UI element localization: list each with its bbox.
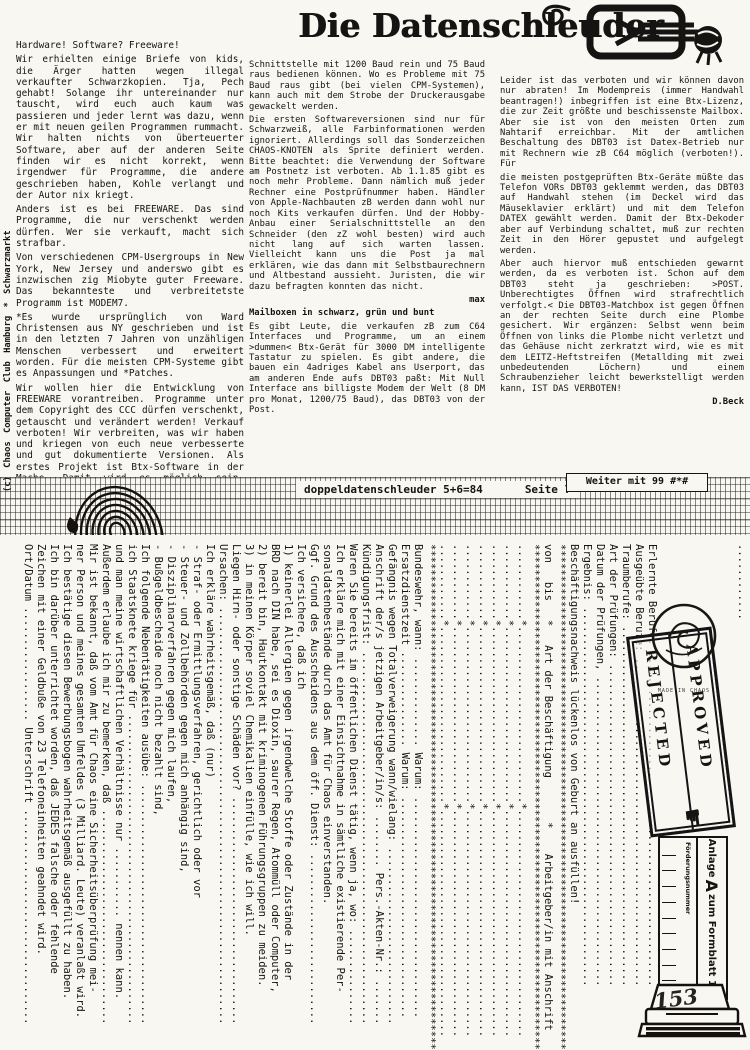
paragraph: Leider ist das verboten und wir können d… (500, 76, 744, 170)
page-label: Seite 7 (525, 483, 571, 496)
form-line: Ich bin darüber unterrichtet worden, daß… (47, 536, 60, 1050)
paragraph: Wir wollen hier die Entwicklung von FREE… (16, 383, 244, 477)
form-line: Liegen Hirn- oder sonstige Schäden vor? … (229, 536, 242, 1050)
table-row: ............*...........................… (502, 536, 515, 1050)
form-line: ner Person und meines gesamten Umfeldes … (73, 536, 86, 1050)
table-border: ****************************************… (554, 536, 567, 1050)
form-line: Ort/Datum .................. Unterschrif… (21, 536, 34, 1050)
chaos-knot-logo-icon (528, 0, 750, 66)
article-column-2: Schnittstelle mit 1200 Baud rein und 75 … (249, 60, 485, 477)
foerderungsnummer-field: Förderungsnummer (658, 836, 698, 1000)
column1-heading: Hardware! Software? Freeware! (16, 40, 244, 51)
paragraph: die meisten postgeprüften Btx-Geräte müß… (500, 173, 744, 256)
fingerprint-icon (56, 477, 166, 535)
form-label-line: Art der Prüfungen: .....................… (606, 536, 619, 1050)
form-line: Ich erkläre mich mit einer Einsichtnahme… (333, 536, 346, 1050)
rotated-form-section: ............ APPROVED REJECTED ☛ Anlage … (0, 536, 750, 1050)
form-line: - Straf- oder Ermittlungsverfahren, geri… (190, 536, 203, 1050)
pointing-hand-icon: ☛ (676, 808, 708, 830)
anlage-text: Anlage (706, 839, 719, 878)
form-line: Zeichen mit einer Geldbuße von 23 Telefo… (34, 536, 47, 1050)
form-label-line: Ausgeübte Berufe: ......................… (632, 536, 645, 1050)
form-line: 2) bereit bin, Hautkontakt mit kriminoge… (255, 536, 268, 1050)
form-label-line: Ergebnis: ..............................… (580, 536, 593, 1050)
paragraph: Wir erhielten einige Briefe von kids, di… (16, 54, 244, 201)
form-line: Kündigungsfrist: .......................… (359, 536, 372, 1050)
table-border: ****************************************… (528, 536, 541, 1050)
anlage-letter: A (706, 880, 719, 892)
table-row: ............*...........................… (463, 536, 476, 1050)
paragraph: Anders ist es bei FREEWARE. Das sind Pro… (16, 204, 244, 249)
foerderungsnummer-label: Förderungsnummer (681, 838, 696, 998)
form-line: Waren Sie bereits im öffentlichen Dienst… (346, 536, 359, 1050)
form-subpage: ............ APPROVED REJECTED ☛ Anlage … (0, 536, 750, 1050)
form-line: Gefängnis wegen Totalverweigerung wann/w… (385, 536, 398, 1050)
form-line: sonaldatenbestände durch das Amt für Cha… (320, 536, 333, 1050)
comb-field (662, 840, 676, 996)
paragraph: Die ersten Softwareversionen sind nur fü… (249, 115, 485, 292)
form-line: und man meine wirtschaftlichen Verhältni… (112, 536, 125, 1050)
table-row: ............*...........................… (437, 536, 450, 1050)
paragraph: Schnittstelle mit 1200 Baud rein und 75 … (249, 60, 485, 112)
paragraph: Von verschiedenen CPM-Usergroups in New … (16, 252, 244, 308)
form-line: ich Staatsknete kriege für .............… (125, 536, 138, 1050)
issue-title: doppeldatenschleuder 5+6=84 (304, 483, 483, 496)
form-line: Ich versichere, daß ich (294, 536, 307, 1050)
table-row: ............*...........................… (476, 536, 489, 1050)
article-column-1: Hardware! Software? Freeware! Wir erhiel… (16, 40, 244, 477)
paragraph: Aber auch hiervor muß entschieden gewarn… (500, 259, 744, 394)
paragraph: *Es wurde ursprünglich von Ward Christen… (16, 312, 244, 380)
table-border: ****************************************… (424, 536, 437, 1050)
article-column-3: Leider ist das verboten und wir können d… (500, 76, 744, 477)
dotted-line: ............ (735, 544, 748, 620)
seal-caption: MADE IN CHAOS (648, 688, 720, 694)
form-line: 1) keinerlei Allergien gegen irgendwelch… (281, 536, 294, 1050)
table-title: Beschäftigungsnachweis lückenlos von Geb… (567, 536, 580, 1050)
form-line: Bundeswehr, wann: .............. Warum: … (411, 536, 424, 1050)
author-byline: max (249, 295, 485, 305)
form-line: Ich folgende Nebentätigkeiten ausübe: ..… (138, 536, 151, 1050)
form-line: Ursachen: ..............................… (216, 536, 229, 1050)
author-byline: D.Beck (500, 397, 744, 407)
form-line: Außerdem erlaube ich mir zu bemerken, da… (99, 536, 112, 1050)
table-row: ............*...........................… (450, 536, 463, 1050)
table-row: ............*...........................… (515, 536, 528, 1050)
form-line: Ich bestätige diesen Bewerbungsbogen wah… (60, 536, 73, 1050)
form-line: - Disziplinarverfahren gegen mich laufen… (164, 536, 177, 1050)
article-subhead: Mailboxen in schwarz, grün und bunt (249, 308, 485, 318)
form-line: Ich erkläre wahrheitsgemäß, daß (nur) (203, 536, 216, 1050)
margin-credit: (c) Chaos Computer Club Hamburg * Schwar… (3, 132, 13, 492)
table-header: von bis * Art der Beschäftigung * Arbeit… (541, 536, 554, 1050)
form-label-line: Traumberufe: ...........................… (619, 536, 632, 1050)
form-line: 3) in meinen Körper soviel Chemikalien e… (242, 536, 255, 1050)
handwritten-page-number: 153 (653, 983, 700, 1013)
anlage-formblatt-box: Anlage A zum Formblatt 1/4 (696, 836, 728, 1000)
form-line: Mir ist bekannt, daß vom Amt für Chaos e… (86, 536, 99, 1050)
form-line: Anschrift der/s jetzigen Arbeitgeber/in/… (372, 536, 385, 1050)
issue-line: doppeldatenschleuder 5+6=84Seite 7 (296, 481, 579, 498)
form-line: Ggf. Grund des Ausscheidens aus dem öff.… (307, 536, 320, 1050)
form-line: BRD nach DIN habe, sei es Dioxin, saurer… (268, 536, 281, 1050)
form-line: Ersatzdienstzeit ............... Warum: … (398, 536, 411, 1050)
form-line: - Bußgeldbescheide noch nicht bezahlt si… (151, 536, 164, 1050)
round-seal-icon (646, 598, 722, 684)
table-row: ............*...........................… (489, 536, 502, 1050)
paragraph: Es gibt Leute, die verkaufen zB zum C64 … (249, 322, 485, 416)
form-line: - Steuer- und Zollbehörden gegen mich an… (177, 536, 190, 1050)
continue-reference-box: Weiter mit 99 #*# (566, 473, 708, 492)
form-label-line: Datum der Prüfungen, ...................… (593, 536, 606, 1050)
